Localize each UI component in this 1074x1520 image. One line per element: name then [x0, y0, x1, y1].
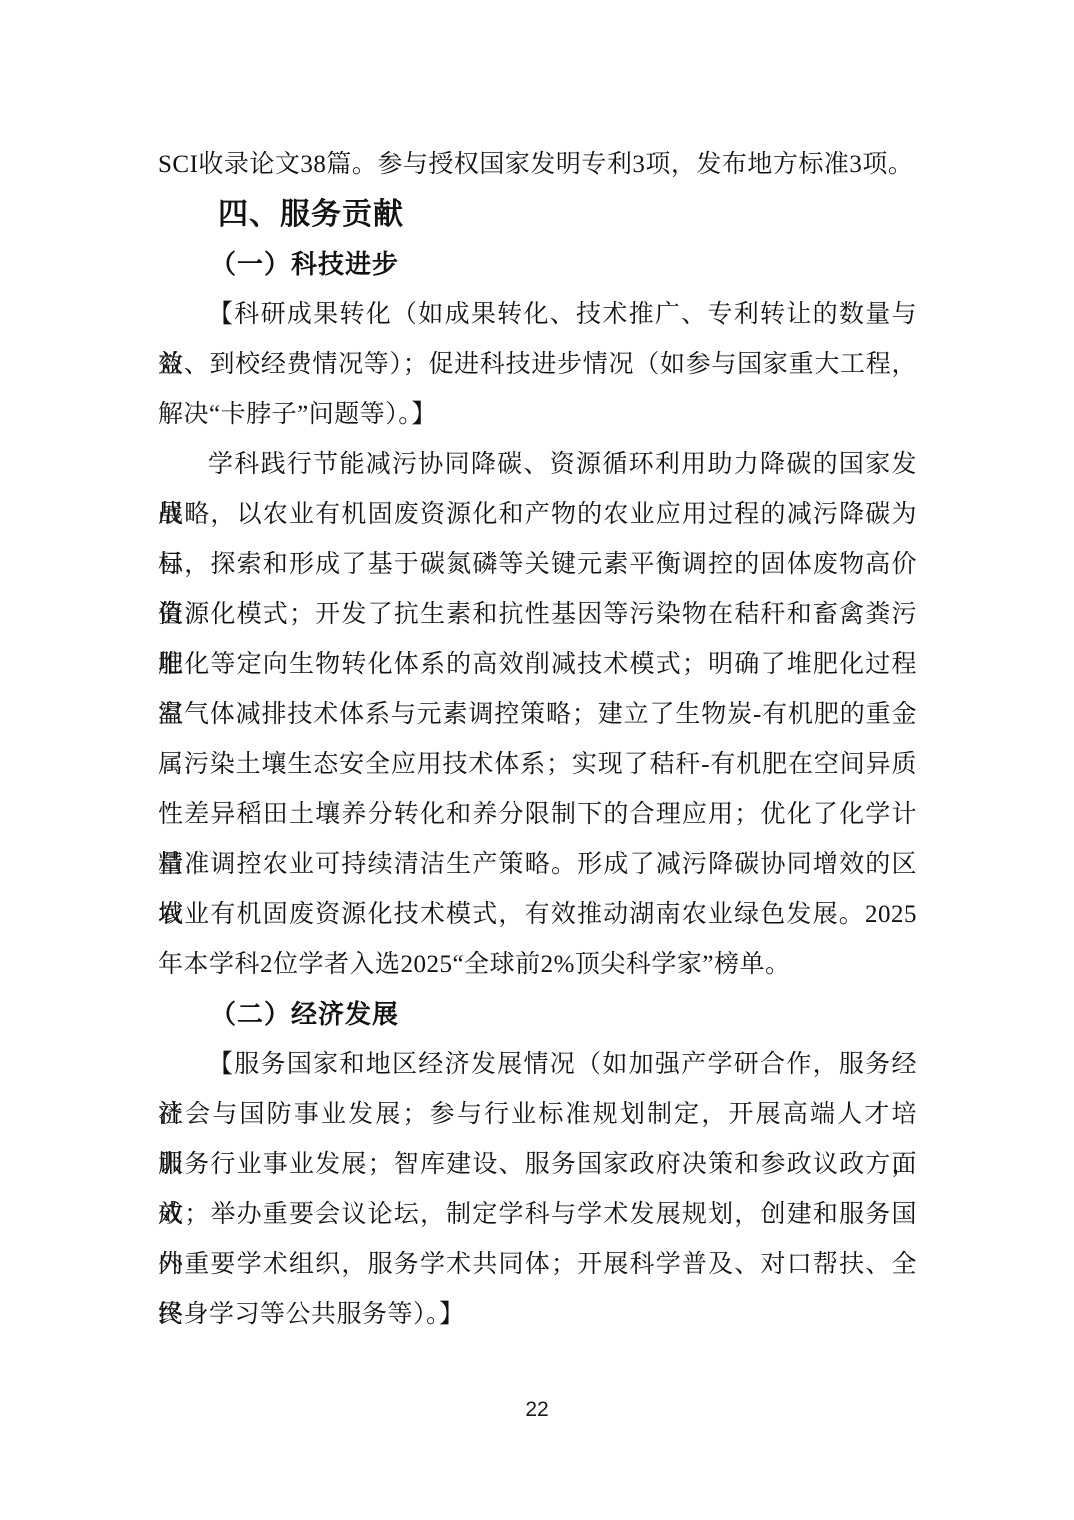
page-number: 22	[0, 1398, 1074, 1422]
body-line: SCI收录论文38篇。参与授权国家发明专利3项，发布地方标准3项。	[158, 140, 917, 190]
body-line: 效；举办重要会议论坛，制定学科与学术发展规划，创建和服务国内	[158, 1190, 917, 1240]
body-line: 解决“卡脖子”问题等）。】	[158, 390, 917, 440]
body-line: 室气体减排技术体系与元素调控策略；建立了生物炭-有机肥的重金	[158, 690, 917, 740]
body-line: 终身学习等公共服务等）。】	[158, 1290, 917, 1340]
document-page: SCI收录论文38篇。参与授权国家发明专利3项，发布地方标准3项。 四、服务贡献…	[0, 0, 1074, 1520]
body-line: 战略，以农业有机固废资源化和产物的农业应用过程的减污降碳为目	[158, 490, 917, 540]
body-line: 精准调控农业可持续清洁生产策略。形成了减污降碳协同增效的区域	[158, 840, 917, 890]
body-line: 农业有机固废资源化技术模式，有效推动湖南农业绿色发展。2025	[158, 890, 917, 940]
body-line: 性差异稻田土壤养分转化和养分限制下的合理应用；优化了化学计量	[158, 790, 917, 840]
body-line: 服务行业事业发展；智库建设、服务国家政府决策和参政议政方面成	[158, 1140, 917, 1190]
body-line: 年本学科2位学者入选2025“全球前2%顶尖科学家”榜单。	[158, 940, 917, 990]
body-line: 社会与国防事业发展；参与行业标准规划制定，开展高端人才培训，	[158, 1090, 917, 1140]
body-line: 【服务国家和地区经济发展情况（如加强产学研合作，服务经济	[158, 1040, 917, 1090]
body-line: 资源化模式；开发了抗生素和抗性基因等污染物在秸秆和畜禽粪污堆	[158, 590, 917, 640]
body-line: 益、到校经费情况等）；促进科技进步情况（如参与国家重大工程，	[158, 340, 917, 390]
body-line: 属污染土壤生态安全应用技术体系；实现了秸秆-有机肥在空间异质	[158, 740, 917, 790]
subsection-heading: （一）科技进步	[158, 240, 917, 290]
body-line: 肥化等定向生物转化体系的高效削减技术模式；明确了堆肥化过程温	[158, 640, 917, 690]
subsection-heading: （二）经济发展	[158, 990, 917, 1040]
body-line: 标，探索和形成了基于碳氮磷等关键元素平衡调控的固体废物高价值	[158, 540, 917, 590]
section-heading: 四、服务贡献	[158, 190, 917, 240]
body-line: 外重要学术组织，服务学术共同体；开展科学普及、对口帮扶、全民	[158, 1240, 917, 1290]
body-line: 学科践行节能减污协同降碳、资源循环利用助力降碳的国家发展	[158, 440, 917, 490]
body-line: 【科研成果转化（如成果转化、技术推广、专利转让的数量与效	[158, 290, 917, 340]
document-body: SCI收录论文38篇。参与授权国家发明专利3项，发布地方标准3项。 四、服务贡献…	[158, 140, 917, 1340]
